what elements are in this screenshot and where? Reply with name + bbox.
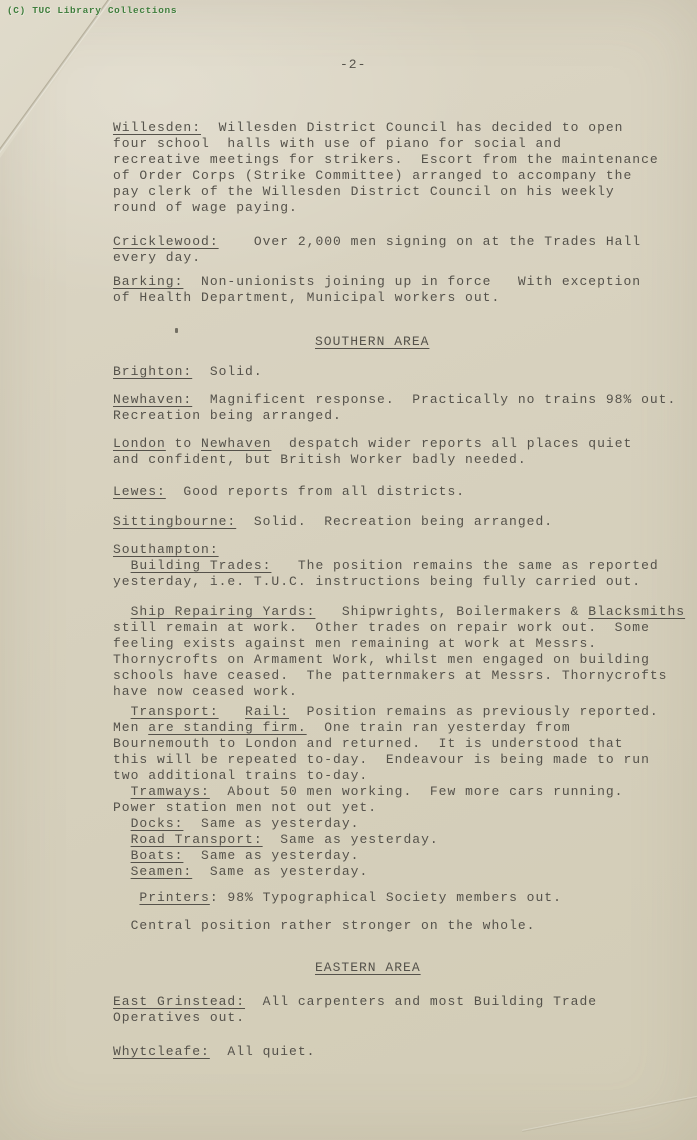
para-cricklewood: Cricklewood: Over 2,000 men signing on a… [113,234,697,266]
ink-speck [175,328,178,333]
para-newhaven: Newhaven: Magnificent response. Practica… [113,392,697,424]
para-printers: Printers: 98% Typographical Society memb… [113,890,697,906]
para-london-newhaven: London to Newhaven despatch wider report… [113,436,697,468]
para-east-grinstead: East Grinstead: All carpenters and most … [113,994,697,1026]
heading-eastern-area: EASTERN AREA [315,960,697,976]
para-whytcleafe: Whytcleafe: All quiet. [113,1044,697,1060]
para-brighton: Brighton: Solid. [113,364,697,380]
heading-southern-area: SOUTHERN AREA [315,334,697,350]
para-willesden: Willesden: Willesden District Council ha… [113,120,697,216]
para-central-position: Central position rather stronger on the … [113,918,697,934]
para-lewes: Lewes: Good reports from all districts. [113,484,697,500]
watermark-label: (C) TUC Library Collections [7,5,177,16]
para-barking: Barking: Non-unionists joining up in for… [113,274,697,306]
para-transport: Transport: Rail: Position remains as pre… [113,704,697,880]
bottom-crease [522,1086,697,1132]
page-number: -2- [340,57,366,72]
para-ship-repairing-yards: Ship Repairing Yards: Shipwrights, Boile… [113,604,697,700]
para-southampton: Southampton: Building Trades: The positi… [113,542,697,590]
document-body: Willesden: Willesden District Council ha… [113,120,697,1060]
scanned-document-page: (C) TUC Library Collections -2- Willesde… [0,0,697,1140]
para-sittingbourne: Sittingbourne: Solid. Recreation being a… [113,514,697,530]
